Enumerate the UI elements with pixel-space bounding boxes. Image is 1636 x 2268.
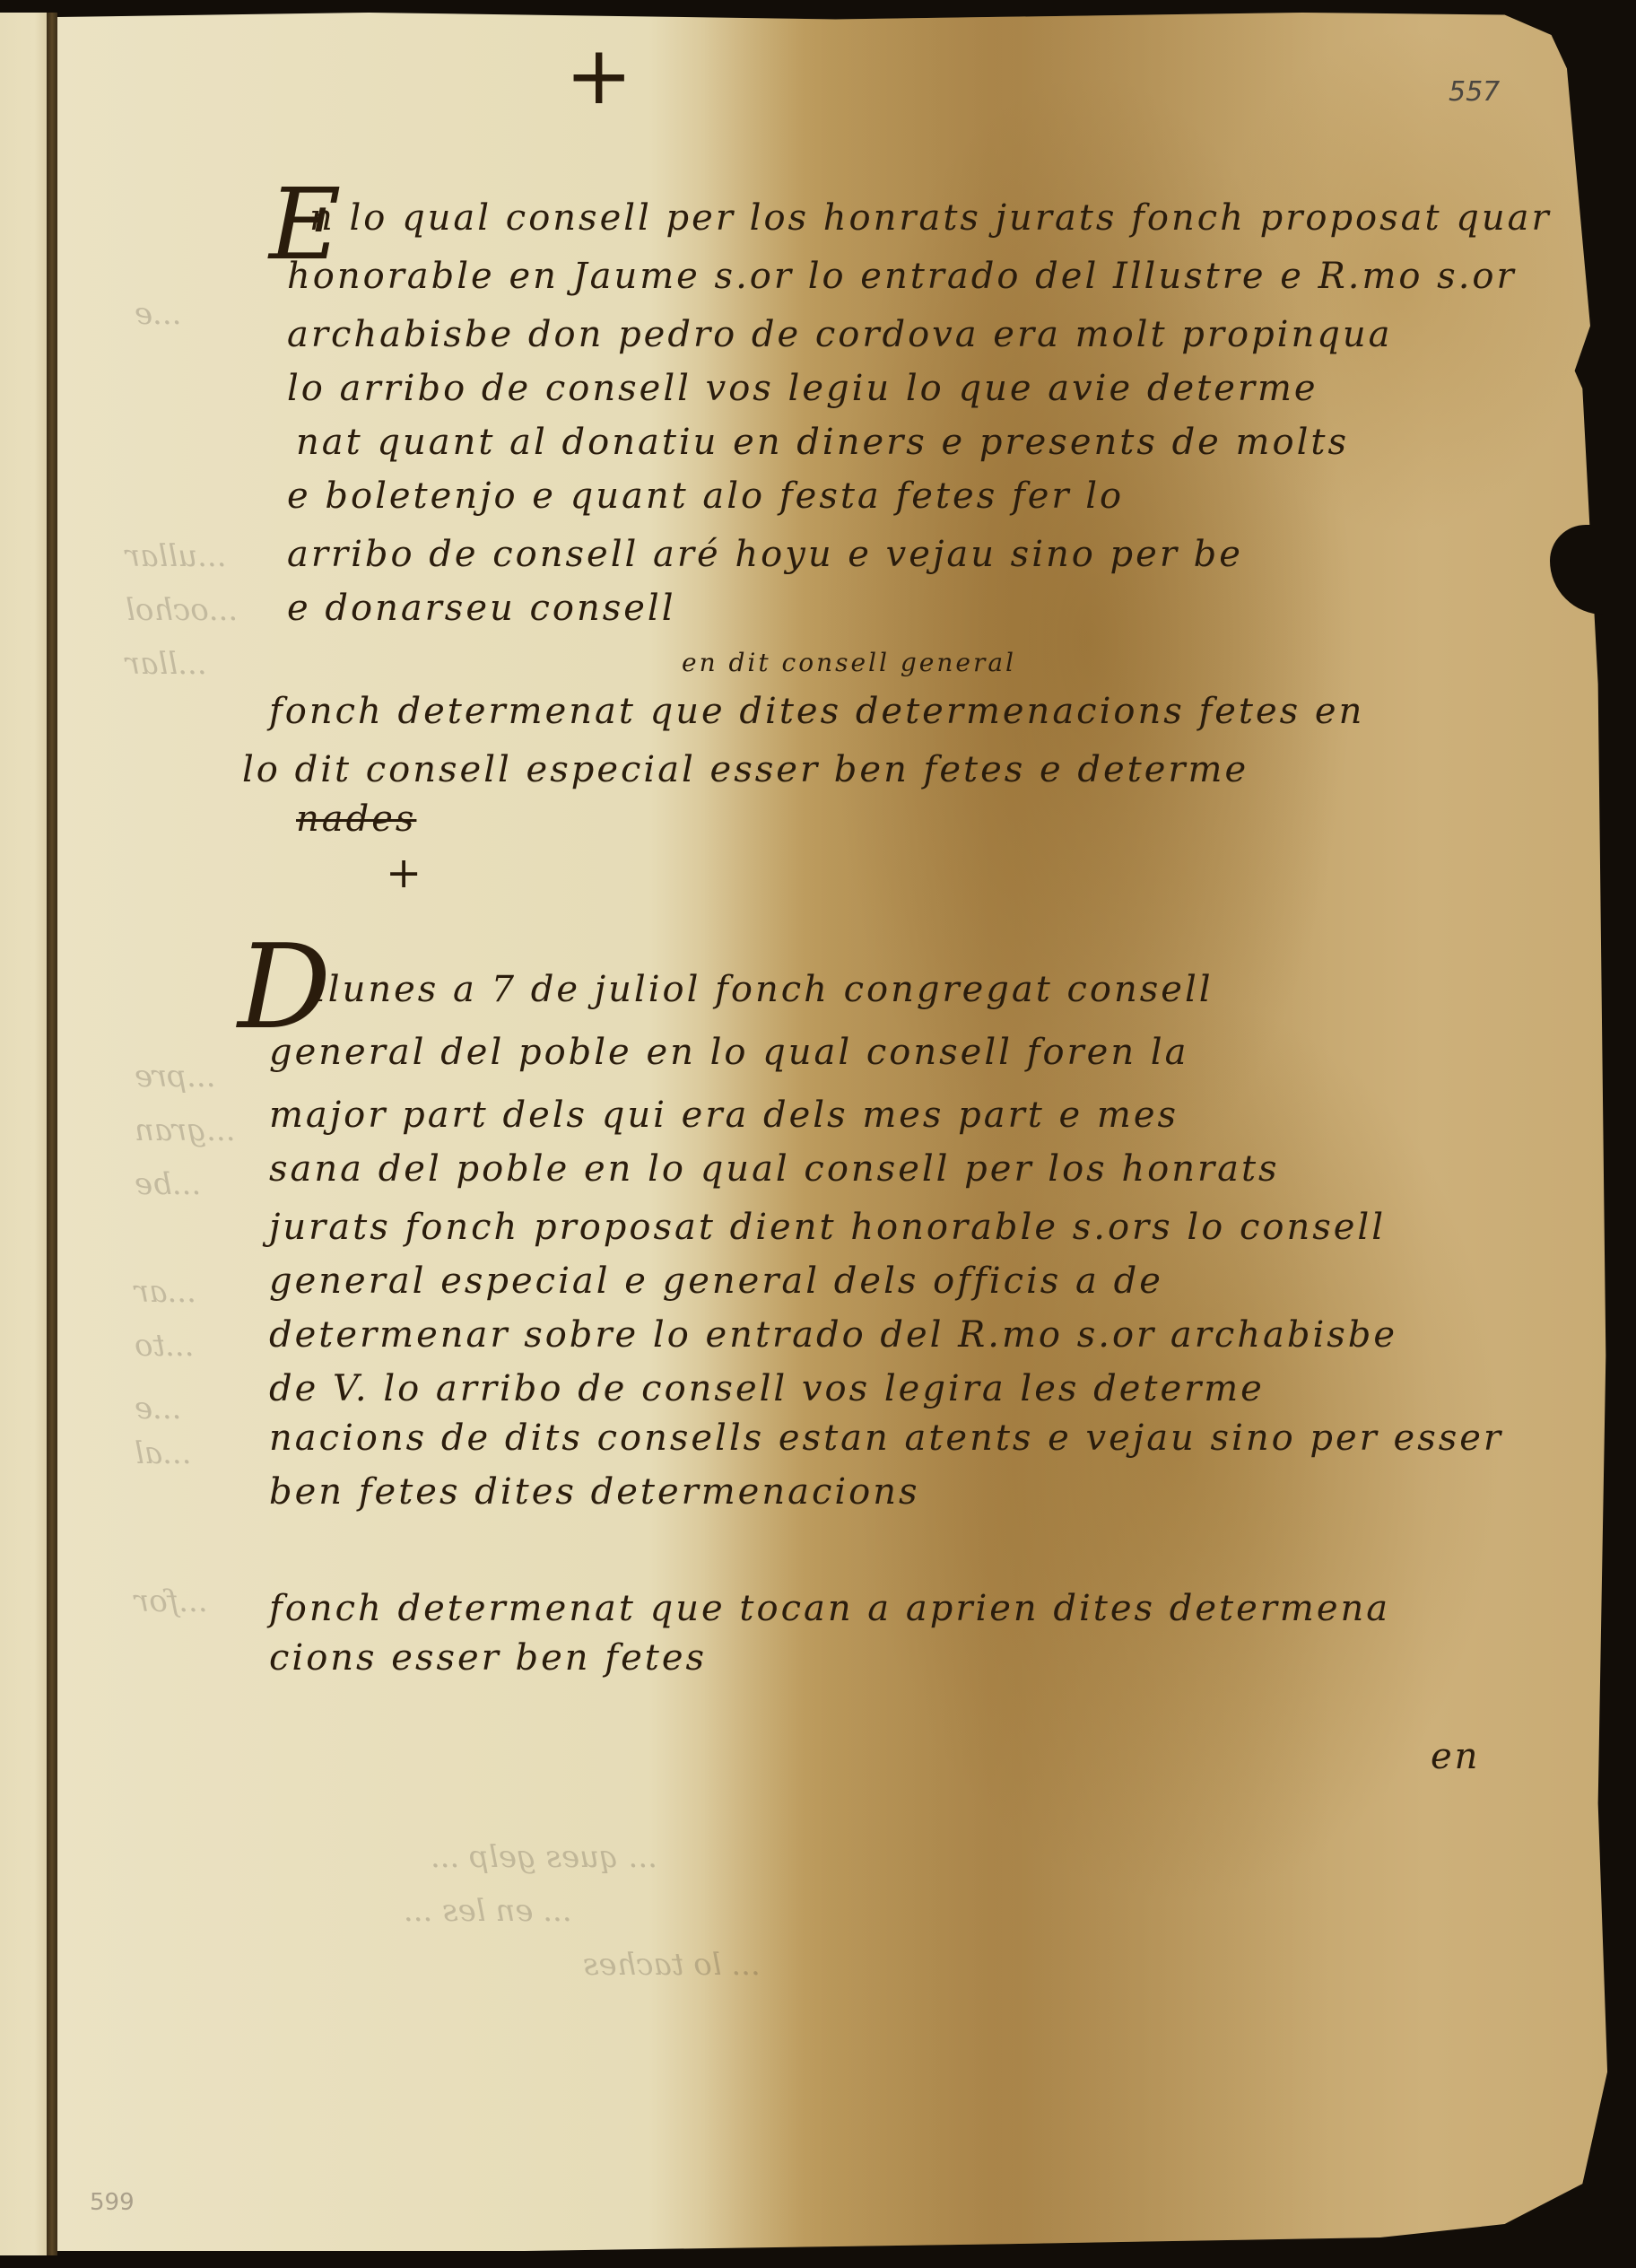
text-line: general del poble en lo qual consell for… [269, 1032, 1188, 1073]
text-line: lo dit consell especial esser ben fetes … [242, 749, 1249, 790]
bleed-line: ...e [135, 296, 182, 332]
adjacent-page-edge [0, 13, 49, 2255]
bleed-line: ...for [135, 1583, 208, 1619]
text-line: fonch determenat que tocan a aprien dite… [269, 1588, 1390, 1629]
bleed-line: ...ochol [126, 592, 238, 628]
text-line: nacions de dits consells estan atents e … [269, 1417, 1503, 1459]
text-line: sana del poble en lo qual consell per lo… [269, 1148, 1280, 1190]
text-line: lo arribo de consell vos legiu lo que av… [287, 368, 1318, 409]
binding-gutter [47, 13, 57, 2255]
text-line: general especial e general dels officis … [269, 1260, 1163, 1302]
header-cross-mark: + [565, 36, 632, 117]
text-line: e boletenjo e quant alo festa fetes fer … [287, 475, 1124, 517]
pencil-page-number: 599 [90, 2189, 135, 2216]
text-line: nat quant al donatiu en diners e present… [296, 422, 1349, 463]
text-line: determenar sobre lo entrado del R.mo s.o… [269, 1314, 1397, 1356]
bleed-line: ...gran [135, 1112, 236, 1148]
text-line: cions esser ben fetes [269, 1637, 707, 1679]
text-line: ben fetes dites determenacions [269, 1471, 920, 1513]
struck-text-line: nades [296, 798, 416, 840]
bleed-line: ... en les ... [404, 1893, 572, 1929]
bleed-line: ... lo taches [583, 1947, 761, 1983]
bleed-line: ...ar [135, 1274, 196, 1310]
catchword: en [1431, 1736, 1480, 1777]
text-line: ilunes a 7 de juliol fonch congregat con… [314, 969, 1214, 1010]
text-line: n lo qual consell per los honrats jurats… [309, 197, 1552, 239]
text-line: jurats fonch proposat dient honorable s.… [269, 1207, 1386, 1248]
folio-number: 557 [1449, 76, 1500, 108]
bleed-line: ...pre [135, 1059, 216, 1095]
text-line: e donarseu consell [287, 588, 676, 629]
text-line: major part dels qui era dels mes part e … [269, 1095, 1179, 1136]
bleed-line: ...be [135, 1166, 201, 1202]
text-line: de V. lo arribo de consell vos legira le… [269, 1368, 1265, 1409]
text-line: fonch determenat que dites determenacion… [269, 691, 1364, 732]
interlinear-insertion: en dit consell general [682, 648, 1016, 677]
text-line: archabisbe don pedro de cordova era molt… [287, 314, 1392, 355]
bleed-line: ...to [135, 1328, 195, 1364]
bleed-line: ...al [135, 1435, 192, 1471]
text-line: arribo de consell aré hoyu e vejau sino … [287, 534, 1243, 575]
bleed-line: ... ques gelp ... [431, 1839, 657, 1875]
bleed-line: ...ullar [126, 538, 227, 574]
text-line: honorable en Jaume s.or lo entrado del I… [287, 256, 1517, 297]
margin-cross-mark: + [386, 848, 424, 898]
bleed-line: ...e [135, 1391, 182, 1426]
bleed-line: ...llar [126, 646, 207, 682]
